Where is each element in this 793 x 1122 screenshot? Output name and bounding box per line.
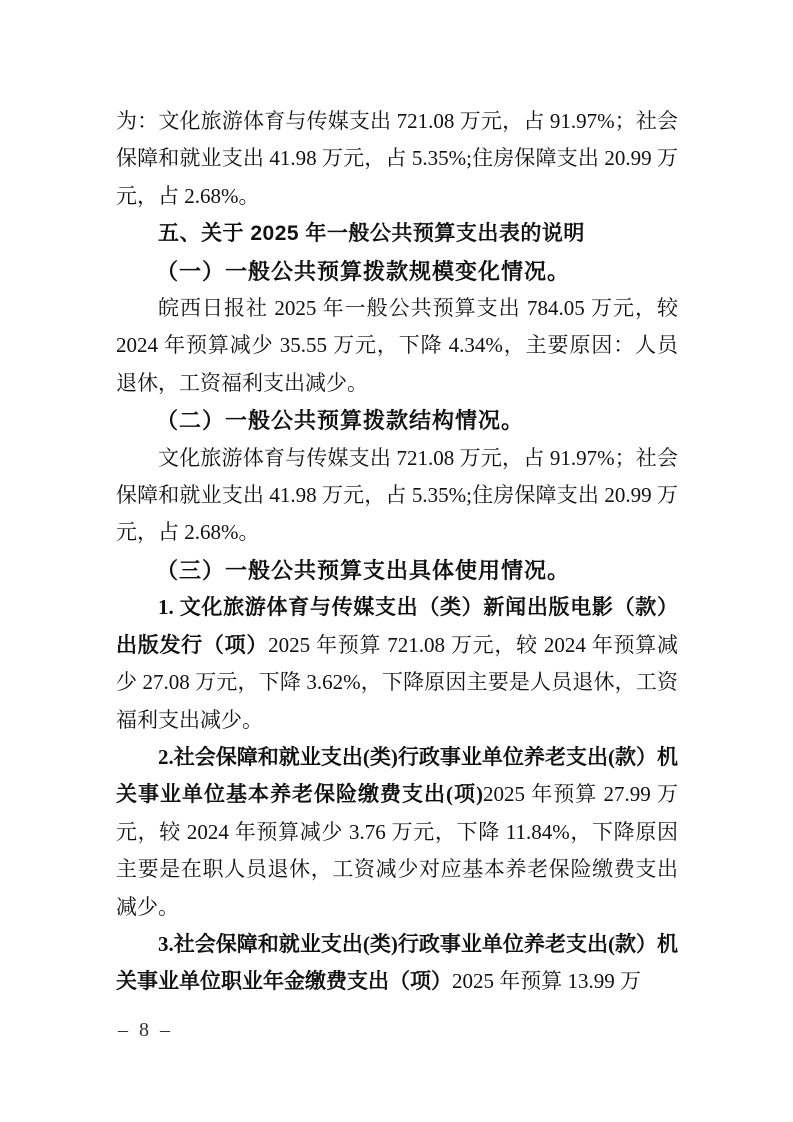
paragraph-text: 为：文化旅游体育与传媒支出 721.08 万元，占 91.97%；社会保障和就业… bbox=[116, 109, 678, 208]
document-page: 为：文化旅游体育与传媒支出 721.08 万元，占 91.97%；社会保障和就业… bbox=[0, 0, 793, 1122]
sub-heading-2: （二）一般公共预算拨款结构情况。 bbox=[116, 402, 678, 439]
sub-heading-3: （三）一般公共预算支出具体使用情况。 bbox=[116, 552, 678, 589]
sub-heading-1: （一）一般公共预算拨款规模变化情况。 bbox=[116, 253, 678, 290]
paragraph-structure: 文化旅游体育与传媒支出 721.08 万元，占 91.97%；社会保障和就业支出… bbox=[116, 440, 678, 552]
paragraph-text: 皖西日报社 2025 年一般公共预算支出 784.05 万元，较 2024 年预… bbox=[116, 296, 678, 395]
sub-heading-text: （一）一般公共预算拨款规模变化情况。 bbox=[156, 259, 570, 284]
paragraph-item-1: 1. 文化旅游体育与传媒支出（类）新闻出版电影（款）出版发行（项）2025 年预… bbox=[116, 589, 678, 739]
sub-heading-text: （三）一般公共预算支出具体使用情况。 bbox=[156, 558, 570, 583]
section-heading-5: 五、关于 2025 年一般公共预算支出表的说明 bbox=[116, 215, 678, 252]
paragraph-scale-change: 皖西日报社 2025 年一般公共预算支出 784.05 万元，较 2024 年预… bbox=[116, 290, 678, 402]
page-number-text: – 8 – bbox=[118, 1019, 173, 1041]
document-body: 为：文化旅游体育与传媒支出 721.08 万元，占 91.97%；社会保障和就业… bbox=[116, 103, 678, 1001]
paragraph-text: 文化旅游体育与传媒支出 721.08 万元，占 91.97%；社会保障和就业支出… bbox=[116, 446, 678, 545]
paragraph-text: 2025 年预算 13.99 万 bbox=[452, 969, 641, 993]
page-number: – 8 – bbox=[118, 1016, 173, 1044]
paragraph-budget-share-continuation: 为：文化旅游体育与传媒支出 721.08 万元，占 91.97%；社会保障和就业… bbox=[116, 103, 678, 215]
section-heading-text: 五、关于 2025 年一般公共预算支出表的说明 bbox=[158, 222, 585, 245]
sub-heading-text: （二）一般公共预算拨款结构情况。 bbox=[156, 408, 524, 433]
paragraph-item-3: 3.社会保障和就业支出(类)行政事业单位养老支出(款）机关事业单位职业年金缴费支… bbox=[116, 926, 678, 1001]
paragraph-item-2: 2.社会保障和就业支出(类)行政事业单位养老支出(款）机关事业单位基本养老保险缴… bbox=[116, 739, 678, 926]
